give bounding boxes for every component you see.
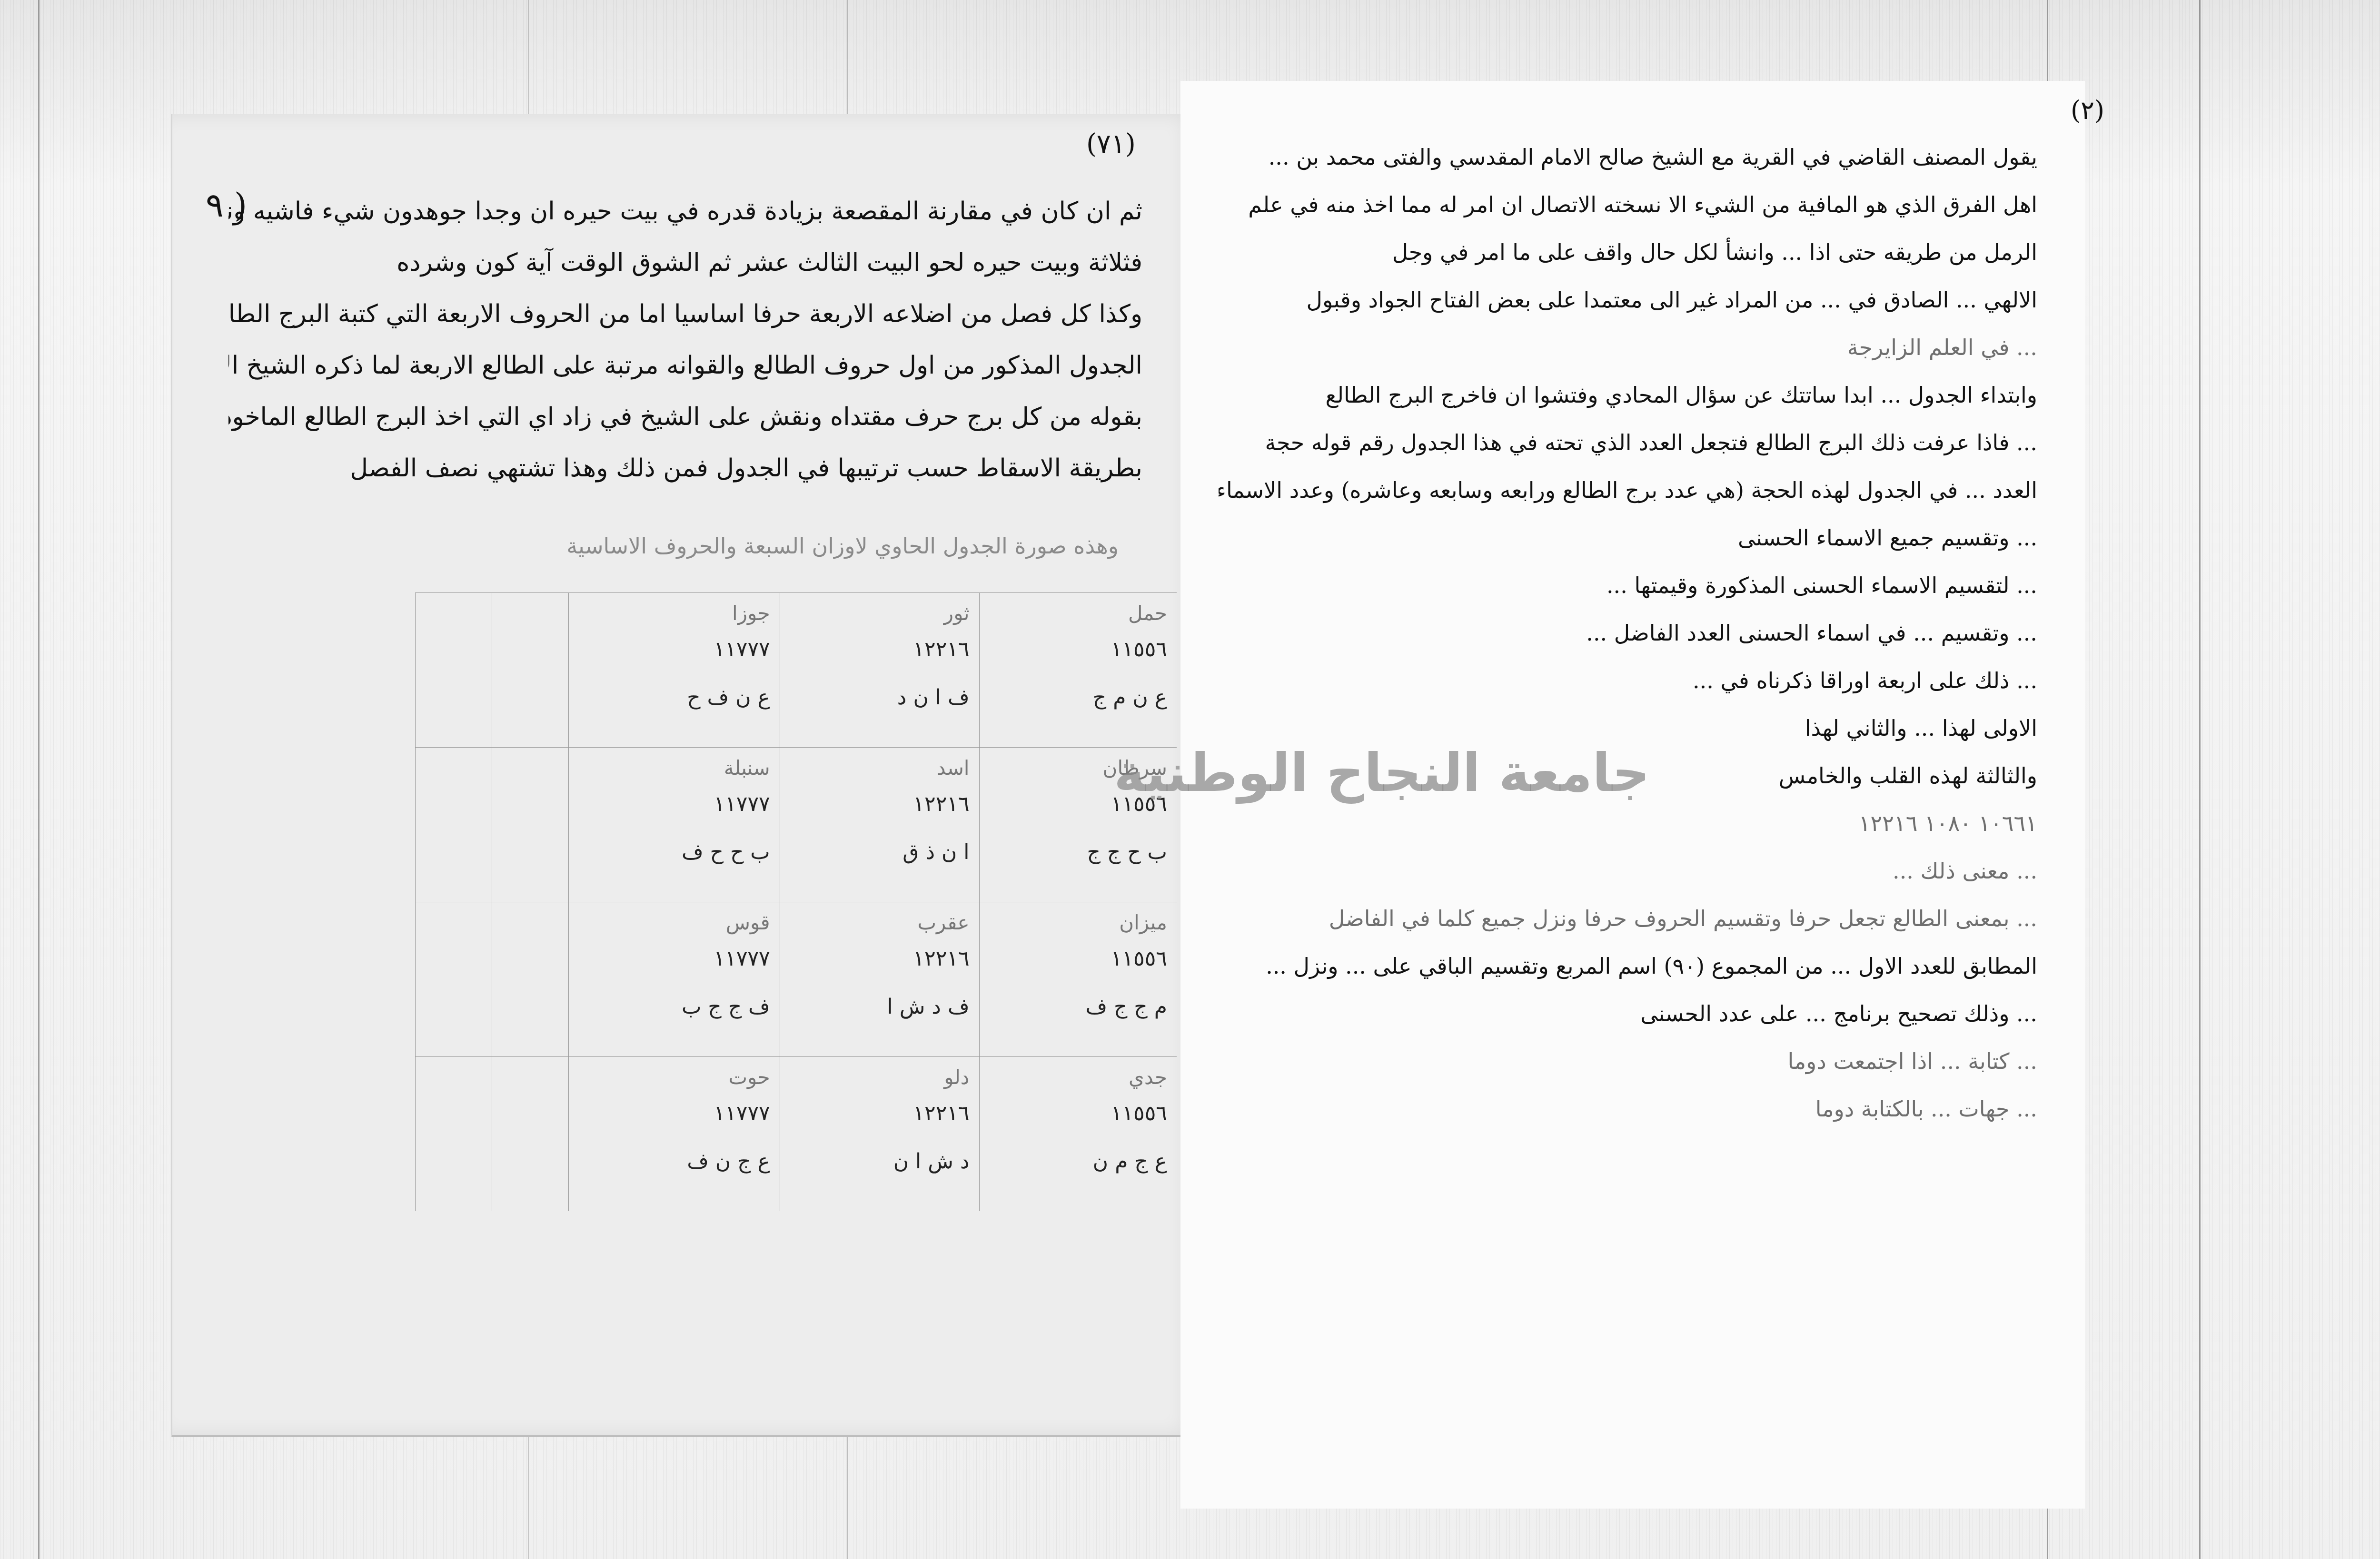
table-cell: جدي ١١٥٥٦ ع ج م ن — [979, 1057, 1177, 1211]
table-cell-empty — [492, 1057, 569, 1211]
table-cell: عقرب ١٢٢١٦ ف د ش ا — [780, 902, 979, 1057]
text-line: ... فاذا عرفت ذلك البرج الطالع فتجعل الع… — [1219, 419, 2037, 466]
text-line: اهل الفرق الذي هو المافية من الشيء الا ن… — [1219, 181, 2037, 228]
text-line: الرمل من طريقه حتى اذا ... وانشأ لكل حال… — [1219, 228, 2037, 276]
left-page: (٧١) ٩ ) ثم ان كان في مقارنة المقصعة بزي… — [171, 114, 1200, 1437]
table-cell-empty — [492, 593, 569, 748]
corner-page-number: (٢) — [2071, 95, 2104, 125]
table-cell: حوت ١١٧٧٧ ع ج ن ف — [569, 1057, 780, 1211]
text-line: وابتداء الجدول ... ابدا ساتتك عن سؤال ال… — [1219, 371, 2037, 419]
table-cell-empty — [492, 902, 569, 1057]
text-line: ... وذلك تصحيح برنامج ... على عدد الحسنى — [1219, 990, 2037, 1037]
text-line: ١٠٦٦١ ١٠٨٠ ١٢٢١٦ — [1219, 799, 2037, 847]
table-cell: حمل ١١٥٥٦ ع ن م ج — [979, 593, 1177, 748]
text-line: ... ذلك على اربعة اوراقا ذكرناه في ... — [1219, 657, 2037, 704]
table-cell: ثور ١٢٢١٦ ف ا ن د — [780, 593, 979, 748]
table-row: حمل ١١٥٥٦ ع ن م ج ثور ١٢٢١٦ ف ا ن د جوزا… — [416, 593, 1177, 748]
table-row: جدي ١١٥٥٦ ع ج م ن دلو ١٢٢١٦ د ش ا ن حوت … — [416, 1057, 1177, 1211]
left-page-text: ثم ان كان في مقارنة المقصعة بزيادة قدره … — [228, 186, 1142, 494]
scan-line — [2199, 0, 2201, 1559]
text-line: بقوله من كل برج حرف مقتداه ونقش على الشي… — [228, 391, 1142, 443]
text-line: وكذا كل فصل من اضلاعه الاربعة حرفا اساسي… — [228, 288, 1142, 340]
text-line: المطابق للعدد الاول ... من المجموع (٩٠) … — [1219, 942, 2037, 990]
page-number: (٧١) — [1086, 128, 1136, 159]
table-cell-empty — [416, 748, 492, 902]
watermark: جامعة النجاح الوطنية — [1114, 742, 1650, 803]
text-line: ... كتابة ... اذا اجتمعت دوما — [1219, 1037, 2037, 1085]
table-cell: قوس ١١٧٧٧ ف ج ج ب — [569, 902, 780, 1057]
table-cell-empty — [416, 593, 492, 748]
text-line: ... في العلم الزايرجة — [1219, 324, 2037, 371]
text-line: ... وتقسيم جميع الاسماء الحسنى — [1219, 514, 2037, 562]
zodiac-table: حمل ١١٥٥٦ ع ن م ج ثور ١٢٢١٦ ف ا ن د جوزا… — [415, 592, 1177, 1211]
table-cell-empty — [416, 902, 492, 1057]
text-line: ... لتقسيم الاسماء الحسنى المذكورة وقيمت… — [1219, 562, 2037, 609]
right-page-text: يقول المصنف القاضي في القرية مع الشيخ صا… — [1219, 133, 2037, 1133]
table-row: ميزان ١١٥٥٦ م ج ج ف عقرب ١٢٢١٦ ف د ش ا ق… — [416, 902, 1177, 1057]
table-cell-empty — [416, 1057, 492, 1211]
text-line: بطريقة الاسقاط حسب ترتيبها في الجدول فمن… — [228, 443, 1142, 494]
table-cell: اسد ١٢٢١٦ ا ن ذ ق — [780, 748, 979, 902]
table-cell: جوزا ١١٧٧٧ ع ن ف ح — [569, 593, 780, 748]
text-line: ... بمعنى الطالع تجعل حرفا وتقسيم الحروف… — [1219, 895, 2037, 942]
table-cell-empty — [492, 748, 569, 902]
table-cell: دلو ١٢٢١٦ د ش ا ن — [780, 1057, 979, 1211]
text-line: ... جهات ... بالكتابة دوما — [1219, 1085, 2037, 1133]
text-line: فثلاثة وبيت حيره لحو البيت الثالث عشر ثم… — [228, 237, 1142, 288]
scan-line — [2185, 0, 2185, 1559]
table-caption: وهذه صورة الجدول الحاوي لاوزان السبعة وا… — [452, 533, 1119, 559]
table-row: سرطان ١١٥٥٦ ب ح ج ج اسد ١٢٢١٦ ا ن ذ ق سن… — [416, 748, 1177, 902]
text-line: ثم ان كان في مقارنة المقصعة بزيادة قدره … — [228, 186, 1142, 237]
text-line: يقول المصنف القاضي في القرية مع الشيخ صا… — [1219, 133, 2037, 181]
text-line: العدد ... في الجدول لهذه الحجة (هي عدد ب… — [1219, 466, 2037, 514]
text-line: الالهي ... الصادق في ... من المراد غير ا… — [1219, 276, 2037, 324]
table-cell: ميزان ١١٥٥٦ م ج ج ف — [979, 902, 1177, 1057]
text-line: ... معنى ذلك ... — [1219, 847, 2037, 895]
text-line: ... وتقسيم ... في اسماء الحسنى العدد الف… — [1219, 609, 2037, 657]
table-cell: سنبلة ١١٧٧٧ ب ح ح ف — [569, 748, 780, 902]
text-line: الجدول المذكور من اول حروف الطالع والقوا… — [228, 340, 1142, 391]
scan-line — [38, 0, 40, 1559]
